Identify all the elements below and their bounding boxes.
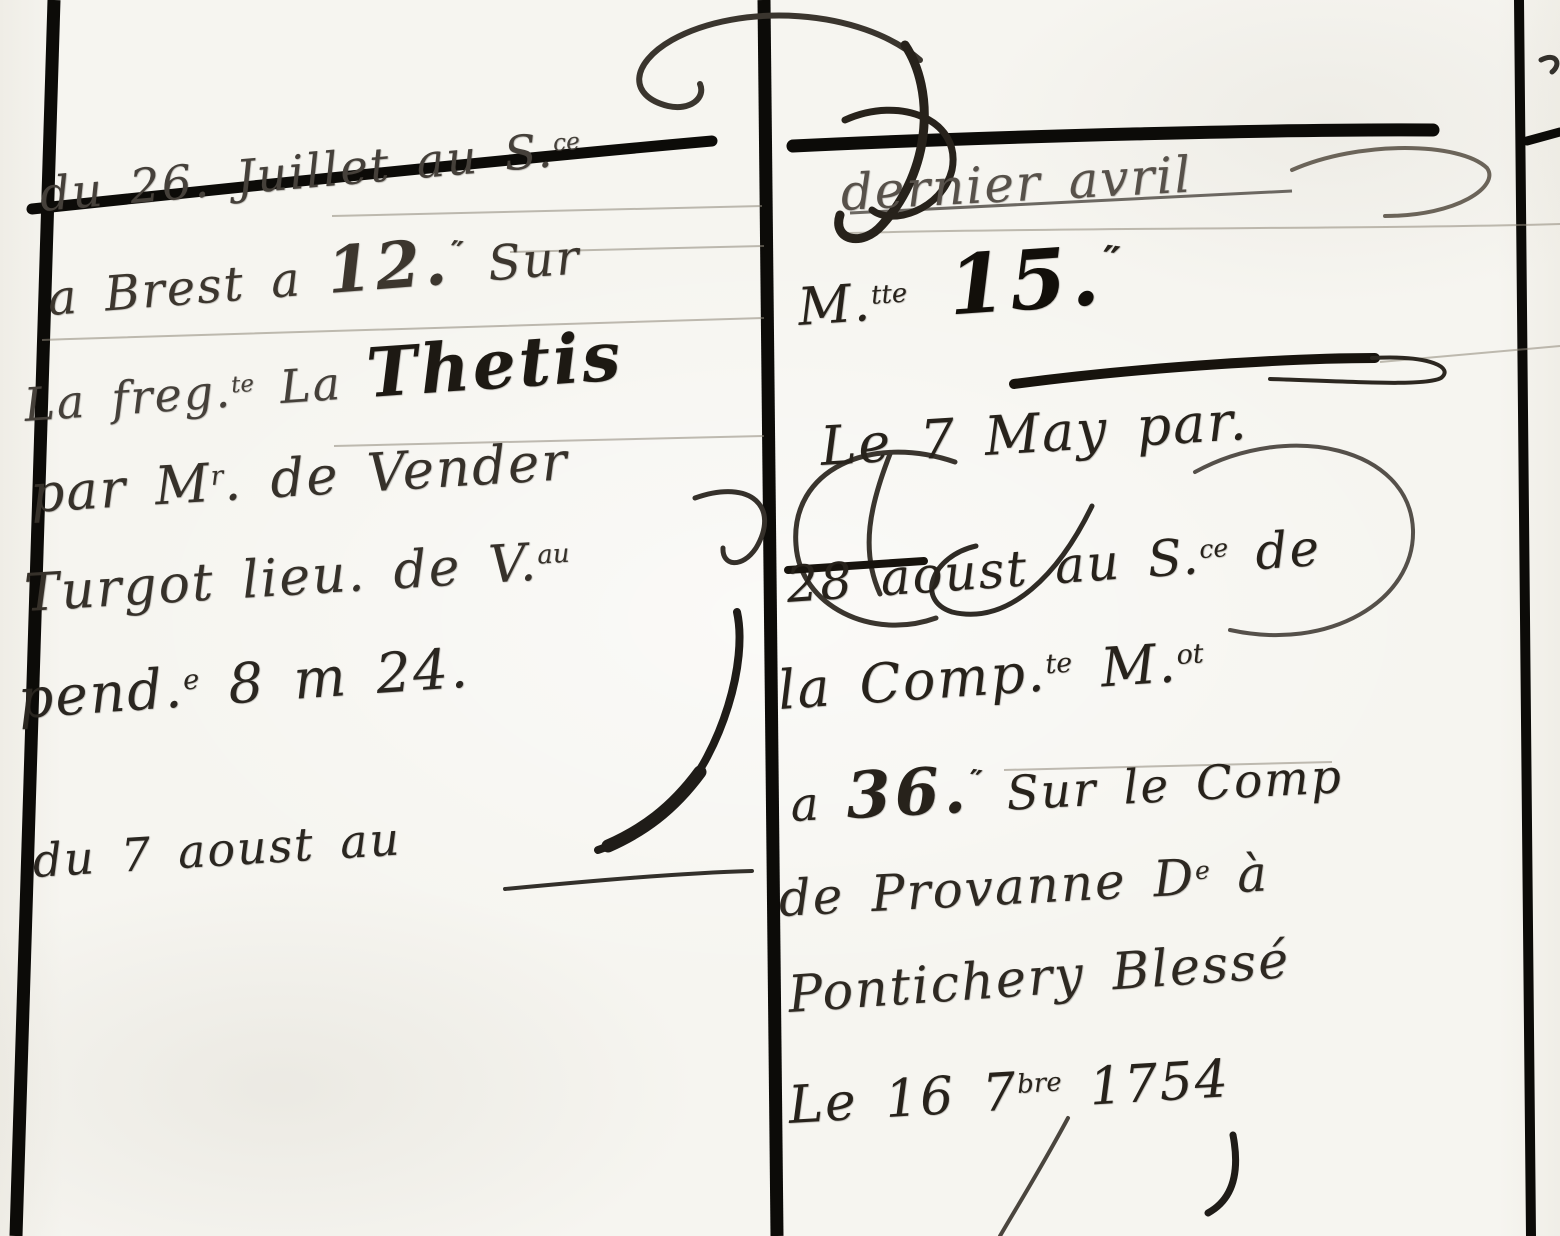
- livres-mark: ″: [447, 237, 462, 268]
- underline-15: [1014, 358, 1445, 384]
- entry-line-right-3: Le 7 May par.: [819, 394, 1250, 474]
- manuscript-page: du 26. Juillet au S.ce a Brest a 12.″ Su…: [0, 0, 1560, 1236]
- superscript: au: [536, 539, 570, 571]
- entry-line-left-5: Turgot lieu. de V.au: [23, 535, 572, 620]
- superscript: ce: [552, 127, 581, 157]
- flourish-j-bracket: [598, 612, 740, 850]
- ship-name: Thetis: [364, 316, 626, 414]
- superscript: ce: [1198, 533, 1229, 564]
- entry-line-right-4: 28 aoust au S.ce de: [785, 523, 1323, 610]
- flourish-avril-loop: [1292, 148, 1489, 216]
- superscript: te: [1044, 648, 1073, 681]
- header-line-right: [793, 130, 1433, 146]
- flourish-vender-hook: [695, 492, 765, 563]
- pencil-line-1: [332, 206, 762, 216]
- entry-line-left-1: du 26. Juillet au S.ce: [38, 125, 583, 219]
- column-rule-center: [764, 0, 777, 1236]
- pencil-line-7: [1380, 346, 1560, 362]
- entry-line-right-7: de Provanne De à: [777, 848, 1270, 924]
- superscript: bre: [1016, 1067, 1062, 1100]
- superscript: ot: [1175, 639, 1204, 672]
- entry-line-left-4: par Mr. de Vender: [29, 435, 570, 521]
- entry-line-right-5: la Comp.te M.ot: [776, 634, 1206, 718]
- superscript: te: [230, 371, 255, 399]
- entry-line-left-3: La freg.te La Thetis: [21, 322, 625, 432]
- superscript: r: [210, 460, 225, 492]
- entry-line-right-9: Le 16 7bre 1754: [787, 1053, 1231, 1132]
- entry-line-left-2: a Brest a 12.″ Sur: [45, 220, 583, 326]
- curl-top-right: [1541, 57, 1557, 72]
- superscript: tte: [870, 278, 908, 310]
- entry-line-left-6: pend.e 8 m 24.: [16, 641, 471, 727]
- flourish-bottom-descenders: [1000, 1118, 1236, 1236]
- entry-line-right-6: a 36.″ Sur le Comp: [789, 739, 1344, 832]
- superscript: e: [1194, 855, 1210, 885]
- entry-line-right-2: M.tte 15.″: [794, 234, 1121, 338]
- entry-line-right-8: Pontichery Blessé: [786, 935, 1291, 1021]
- livres-mark: ″: [1099, 241, 1120, 283]
- pencil-line-5: [846, 224, 1560, 233]
- entry-line-left-7: du 7 aoust au: [31, 816, 402, 884]
- header-line-far-right: [1527, 132, 1560, 141]
- column-rule-right: [1519, 0, 1531, 1236]
- entry-line-right-1: dernier avril: [839, 150, 1193, 218]
- superscript: e: [182, 663, 200, 696]
- dash-after-au: [505, 871, 752, 889]
